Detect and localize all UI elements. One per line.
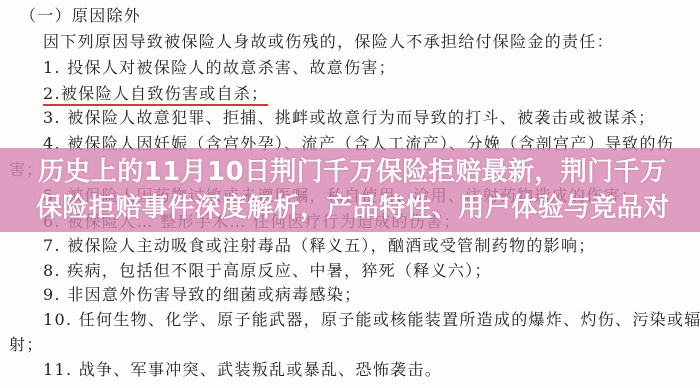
item-text: 被保险人主动吸食或注射毒品（释义五），酗酒或受管制药物的影响； — [67, 236, 595, 255]
banner-title-line-2: 保险拒赔事件深度解析，产品特性、用户体验与竞品对 — [36, 190, 698, 226]
item-text: 疾病，包括但不限于高原反应、中暑，猝死（释义六）； — [67, 261, 492, 280]
item-text: 任何生物、化学、原子能武器，原子能或核能装置所造成的爆炸、灼伤、污染或辐 — [79, 310, 700, 329]
list-item: 9. 非因意外伤害导致的细菌或病毒感染； — [43, 285, 361, 305]
list-item-underlined: 2.被保险人自致伤害或自杀； — [43, 84, 268, 104]
list-item: 7. 被保险人主动吸食或注射毒品（释义五），酗酒或受管制药物的影响； — [43, 236, 596, 256]
item-number: 11. — [43, 360, 72, 379]
underlined-text: 2.被保险人自致伤害或自杀； — [43, 84, 268, 106]
list-item: 11. 战争、军事冲突、武装叛乱或暴乱、恐怖袭击。 — [43, 360, 442, 380]
item-text: 非因意外伤害导致的细菌或病毒感染； — [67, 285, 361, 304]
item-number: 9. — [43, 285, 61, 304]
item-number: 7. — [43, 236, 61, 255]
item-text: 战争、军事冲突、武装叛乱或暴乱、恐怖袭击。 — [79, 360, 442, 379]
item-text: 被保险人故意犯罪、拒捕、挑衅或故意行为而导致的打斗、被袭击或被谋杀； — [67, 108, 655, 127]
item-number: 10. — [43, 310, 72, 329]
item-number: 3. — [43, 108, 61, 127]
item-text: 被保险人自致伤害或自杀； — [61, 84, 269, 103]
item-number: 8. — [43, 261, 61, 280]
banner-title-line-1: 历史上的11月10日荆门千万保险拒赔最新，荆门千万 — [38, 154, 698, 190]
list-item: 8. 疾病，包括但不限于高原反应、中暑，猝死（释义六）； — [43, 261, 492, 281]
item-number: 1. — [43, 58, 61, 77]
list-item: 1. 投保人对被保险人的故意杀害、故意伤害； — [43, 58, 396, 78]
item-number: 2. — [43, 84, 61, 103]
list-item: 10. 任何生物、化学、原子能武器，原子能或核能装置所造成的爆炸、灼伤、污染或辐 — [43, 310, 700, 330]
section-title: （一）原因除外 — [20, 6, 141, 26]
banner-title: 历史上的11月10日荆门千万保险拒赔最新，荆门千万 保险拒赔事件深度解析，产品特… — [38, 154, 698, 226]
list-item-continuation: 射； — [9, 335, 44, 355]
intro-paragraph: 因下列原因导致被保险人身故或伤残的，保险人不承担给付保险金的责任： — [43, 32, 614, 52]
item-text: 投保人对被保险人的故意杀害、故意伤害； — [67, 58, 396, 77]
list-item: 3. 被保险人故意犯罪、拒捕、挑衅或故意行为而导致的打斗、被袭击或被谋杀； — [43, 108, 655, 128]
